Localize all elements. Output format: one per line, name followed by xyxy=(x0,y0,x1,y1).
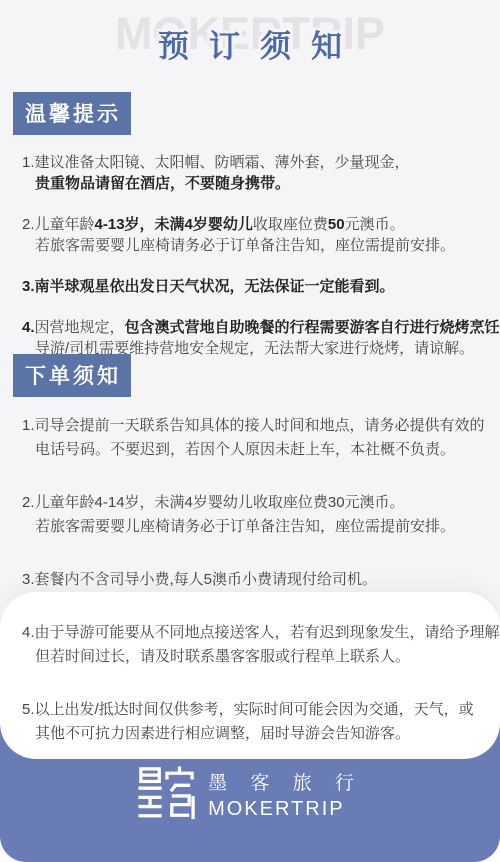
text-run: 若旅客需要婴儿座椅请务必于订单备注告知，座位需提前安排。 xyxy=(35,518,455,535)
text-run: 3.南半球观星依出发日天气状况，无法保证一定能看到。 xyxy=(22,278,395,295)
notice-line: 3.套餐内不含司导小费,每人5澳币小费请现付给司机。 xyxy=(22,568,495,592)
text-run: 1.建议准备太阳镜、太阳帽、防晒霜、薄外套，少量现金， xyxy=(22,154,410,171)
text-run: 2.儿童年龄4-14岁，未满4岁婴幼儿收取座位费30元澳币。 xyxy=(22,494,405,511)
text-run: 2.儿童年龄 xyxy=(22,216,95,233)
notice-line: 若旅客需要婴儿座椅请务必于订单备注告知，座位需提前安排。 xyxy=(22,235,495,256)
notice-line: 3.南半球观星依出发日天气状况，无法保证一定能看到。 xyxy=(22,276,495,297)
text-run: 1.司导会提前一天联系告知具体的接人时间和地点，请务必提供有效的 xyxy=(22,417,485,434)
section-warm-tips: 温馨提示 1.建议准备太阳镜、太阳帽、防晒霜、薄外套，少量现金，贵重物品请留在酒… xyxy=(13,92,495,379)
notice-line: 其他不可抗力因素进行相应调整，届时导游会告知游客。 xyxy=(22,722,495,746)
list-item: 2.儿童年龄4-13岁，未满4岁婴幼儿收取座位费50元澳币。若旅客需要婴儿座椅请… xyxy=(22,214,495,256)
text-run: 因营地规定， xyxy=(35,319,125,336)
notice-line: 4.因营地规定，包含澳式营地自助晚餐的行程需要游客自行进行烧烤烹饪， xyxy=(22,317,495,338)
list-item: 1.司导会提前一天联系告知具体的接人时间和地点，请务必提供有效的电话号码。不要迟… xyxy=(22,414,495,462)
text-run: 5.以上出发/抵达时间仅供参考，实际时间可能会因为交通，天气，或 xyxy=(22,701,474,718)
text-run: 包含澳式营地自助晚餐的行程需要游客自行进行烧烤烹饪， xyxy=(125,319,500,336)
text-run: 元澳币。 xyxy=(345,216,405,233)
text-run: 电话号码。不要迟到，若因个人原因未赶上车，本社概不负责。 xyxy=(35,441,455,458)
section-list: 1.司导会提前一天联系告知具体的接人时间和地点，请务必提供有效的电话号码。不要迟… xyxy=(13,414,495,746)
section-order-notice: 下单须知 1.司导会提前一天联系告知具体的接人时间和地点，请务必提供有效的电话号… xyxy=(13,354,495,775)
notice-line: 5.以上出发/抵达时间仅供参考，实际时间可能会因为交通，天气，或 xyxy=(22,698,495,722)
text-run: 若旅客需要婴儿座椅请务必于订单备注告知，座位需提前安排。 xyxy=(35,237,455,254)
notice-line: 贵重物品请留在酒店，不要随身携带。 xyxy=(22,173,495,194)
text-run: 4.由于导游可能要从不同地点接送客人，若有迟到现象发生，请给予理解； xyxy=(22,624,500,641)
text-run: 贵重物品请留在酒店，不要随身携带。 xyxy=(35,175,290,192)
notice-line: 2.儿童年龄4-13岁，未满4岁婴幼儿收取座位费50元澳币。 xyxy=(22,214,495,235)
notice-line: 若旅客需要婴儿座椅请务必于订单备注告知，座位需提前安排。 xyxy=(22,515,495,539)
booking-notice-page: 墨 客 旅 行 MOKERTRIP MOKERTRIP 预订须知 温馨提示 1.… xyxy=(0,0,500,862)
text-run: 4. xyxy=(22,319,35,336)
list-item: 4.由于导游可能要从不同地点接送客人，若有迟到现象发生，请给予理解；但若时间过长… xyxy=(22,621,495,669)
text-run: 收取座位费 xyxy=(253,216,328,233)
text-run: 4-13岁，未满4岁婴幼儿 xyxy=(95,216,253,233)
text-run: 50 xyxy=(328,216,345,233)
list-item: 4.因营地规定，包含澳式营地自助晚餐的行程需要游客自行进行烧烤烹饪，导游/司机需… xyxy=(22,317,495,359)
text-run: 其他不可抗力因素进行相应调整，届时导游会告知游客。 xyxy=(35,725,410,742)
notice-line: 电话号码。不要迟到，若因个人原因未赶上车，本社概不负责。 xyxy=(22,438,495,462)
section-badge: 温馨提示 xyxy=(13,92,131,135)
notice-line: 2.儿童年龄4-14岁，未满4岁婴幼儿收取座位费30元澳币。 xyxy=(22,491,495,515)
notice-line: 1.司导会提前一天联系告知具体的接人时间和地点，请务必提供有效的 xyxy=(22,414,495,438)
notice-line: 但若时间过长，请及时联系墨客客服或行程单上联系人。 xyxy=(22,645,495,669)
text-run: 3.套餐内不含司导小费,每人5澳币小费请现付给司机。 xyxy=(22,571,377,588)
list-item: 1.建议准备太阳镜、太阳帽、防晒霜、薄外套，少量现金，贵重物品请留在酒店，不要随… xyxy=(22,152,495,194)
notice-line: 1.建议准备太阳镜、太阳帽、防晒霜、薄外套，少量现金， xyxy=(22,152,495,173)
section-badge: 下单须知 xyxy=(13,354,131,397)
list-item: 5.以上出发/抵达时间仅供参考，实际时间可能会因为交通，天气，或其他不可抗力因素… xyxy=(22,698,495,746)
content-layer: MOKERTRIP 预订须知 温馨提示 1.建议准备太阳镜、太阳帽、防晒霜、薄外… xyxy=(0,0,500,862)
notice-line: 4.由于导游可能要从不同地点接送客人，若有迟到现象发生，请给予理解； xyxy=(22,621,495,645)
text-run: 但若时间过长，请及时联系墨客客服或行程单上联系人。 xyxy=(35,648,410,665)
section-list: 1.建议准备太阳镜、太阳帽、防晒霜、薄外套，少量现金，贵重物品请留在酒店，不要随… xyxy=(13,152,495,359)
list-item: 3.南半球观星依出发日天气状况，无法保证一定能看到。 xyxy=(22,276,495,297)
list-item: 2.儿童年龄4-14岁，未满4岁婴幼儿收取座位费30元澳币。若旅客需要婴儿座椅请… xyxy=(22,491,495,539)
page-title: 预订须知 xyxy=(0,21,500,66)
list-item: 3.套餐内不含司导小费,每人5澳币小费请现付给司机。 xyxy=(22,568,495,592)
